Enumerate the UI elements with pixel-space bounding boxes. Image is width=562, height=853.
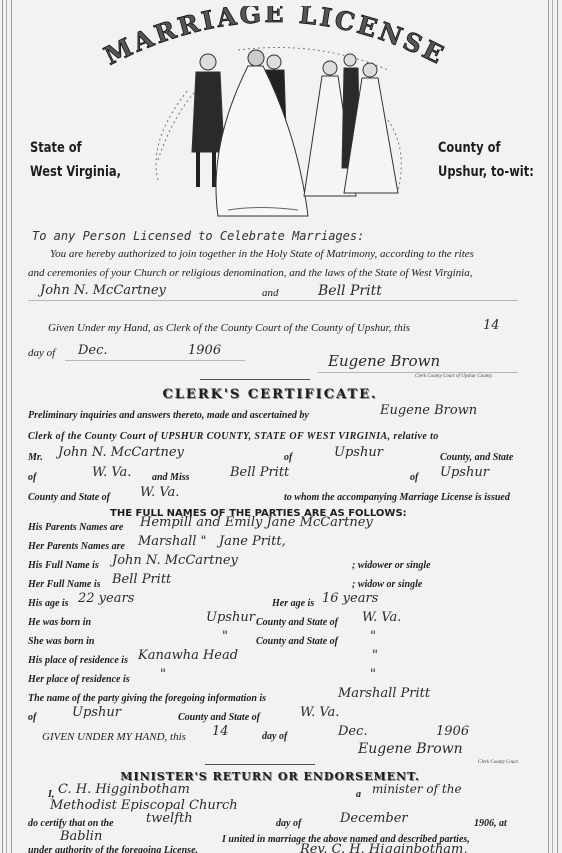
informant-label: The name of the party giving the foregoi… <box>28 693 266 704</box>
marriage-year: 1906, at <box>474 818 507 829</box>
his-age: 22 years <box>78 591 134 606</box>
and-word: and <box>262 287 279 299</box>
given-under-hand-label: GIVEN UNDER MY HAND, this <box>42 731 186 743</box>
given-month: Dec. <box>338 724 368 739</box>
clerk-signature-line <box>318 372 518 373</box>
her-parents: Marshall " Jane Pritt, <box>138 534 286 549</box>
wedding-illustration <box>118 30 438 218</box>
her-parents-label: Her Parents Names are <box>28 541 125 552</box>
clerk-signature: Eugene Brown <box>328 352 440 370</box>
her-age: 16 years <box>322 591 378 606</box>
address-line: To any Person Licensed to Celebrate Marr… <box>32 229 364 243</box>
informant-state: W. Va. <box>300 705 339 720</box>
mr-state-of-label: of <box>28 472 36 483</box>
ascertained-by: Eugene Brown <box>380 403 477 418</box>
marriage-month: December <box>340 811 408 826</box>
she-born-state-label: County and State of <box>256 636 338 647</box>
his-full-label: His Full Name is <box>28 560 99 571</box>
given-text: Given Under my Hand, as Clerk of the Cou… <box>48 322 410 334</box>
her-full-name: Bell Pritt <box>112 572 171 587</box>
clerk-certificate-heading: CLERK'S CERTIFICATE. <box>0 387 540 402</box>
license-month: Dec. <box>78 343 108 358</box>
state-label-line2: West Virginia, <box>30 160 121 184</box>
authorization-line-1: You are hereby authorized to join togeth… <box>50 248 474 260</box>
mr-label: Mr. <box>28 452 43 463</box>
section-divider <box>200 379 310 380</box>
he-born-state: W. Va. <box>362 610 401 625</box>
page-border-left <box>2 0 12 853</box>
names-line <box>28 300 518 301</box>
county-label-line1: County of <box>438 136 501 160</box>
miss-name: Bell Pritt <box>230 465 289 480</box>
she-born-state: " <box>370 629 376 644</box>
issued-text: to whom the accompanying Marriage Licens… <box>284 492 510 503</box>
certify-label: do certify that on the <box>28 818 114 829</box>
clerk-cert-caption: Clerk County Court. <box>478 760 519 765</box>
minister-name: C. H. Higginbotham <box>58 782 190 797</box>
he-born-label: He was born in <box>28 617 91 628</box>
given-day-of-label: day of <box>262 731 287 742</box>
his-parents-label: His Parents Names are <box>28 522 123 533</box>
her-full-label: Her Full Name is <box>28 579 101 590</box>
miss-county: Upshur <box>440 465 489 480</box>
mr-of-label: of <box>284 452 292 463</box>
preliminary-text: Preliminary inquiries and answers theret… <box>28 410 309 421</box>
his-residence-ditto: " <box>372 648 378 663</box>
her-residence: " <box>160 667 166 682</box>
miss-of-label: of <box>410 472 418 483</box>
bride-name: Bell Pritt <box>318 283 382 299</box>
she-born-county: " <box>222 629 228 644</box>
authority-text: under authority of the foregoing License… <box>28 845 198 853</box>
widower-label: ; widower or single <box>352 560 431 571</box>
authorization-line-2: and ceremonies of your Church or religio… <box>28 267 472 279</box>
informant-name: Marshall Pritt <box>338 686 430 701</box>
a-label: a <box>356 789 361 800</box>
his-residence: Kanawha Head <box>138 648 238 663</box>
he-born-state-label: County and State of <box>256 617 338 628</box>
widow-label: ; widow or single <box>352 579 422 590</box>
informant-state-label: County and State of <box>178 712 260 723</box>
mr-name: John N. McCartney <box>58 445 184 460</box>
marriage-place: Bablin <box>60 829 102 844</box>
church-name: Methodist Episcopal Church <box>50 798 238 813</box>
given-day: 14 <box>212 724 229 739</box>
her-residence-label: Her place of residence is <box>28 674 130 685</box>
she-born-label: She was born in <box>28 636 94 647</box>
his-full-name: John N. McCartney <box>112 553 238 568</box>
her-residence-ditto: " <box>370 667 376 682</box>
clerk-caption: Clerk County Court of Upshur County. <box>415 374 493 379</box>
day-of-label: day of <box>28 347 55 359</box>
page-border-right <box>548 0 558 853</box>
state-label-line1: State of <box>30 136 82 160</box>
informant-county: Upshur <box>72 705 121 720</box>
miss-state: W. Va. <box>140 485 179 500</box>
miss-label: and Miss <box>152 472 190 483</box>
her-age-label: Her age is <box>272 598 314 609</box>
mr-state: W. Va. <box>92 465 131 480</box>
license-year: 1906 <box>188 343 221 358</box>
section-divider-2 <box>205 764 315 765</box>
county-label-line2: Upshur, to-wit: <box>438 160 534 184</box>
given-year: 1906 <box>436 724 469 739</box>
clerk-cert-signature: Eugene Brown <box>358 741 463 757</box>
date-line <box>65 360 245 361</box>
county-state-label: County, and State <box>440 452 513 463</box>
he-born-county: Upshur <box>206 610 255 625</box>
his-parents: Hempill and Emily Jane McCartney <box>140 515 373 530</box>
mr-county: Upshur <box>334 445 383 460</box>
informant-of-label: of <box>28 712 36 723</box>
groom-name: John N. McCartney <box>40 283 166 298</box>
license-day: 14 <box>483 318 500 333</box>
minister-signature: Rev. C. H. Higginbotham, <box>300 842 468 853</box>
clerk-line: Clerk of the County Court of UPSHUR COUN… <box>28 431 439 442</box>
minister-of: minister of the <box>372 782 462 796</box>
marriage-day-of-label: day of <box>276 818 301 829</box>
marriage-day: twelfth <box>146 811 193 826</box>
county-state-of-label: County and State of <box>28 492 110 503</box>
his-residence-label: His place of residence is <box>28 655 128 666</box>
his-age-label: His age is <box>28 598 69 609</box>
